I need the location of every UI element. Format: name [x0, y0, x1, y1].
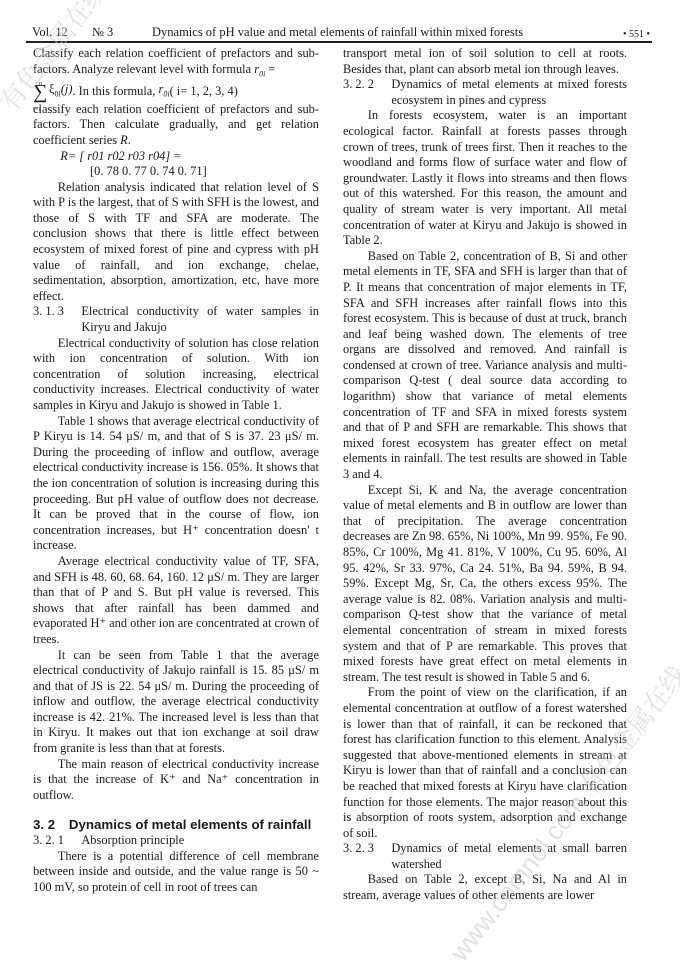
- page-number: • 551 •: [590, 29, 650, 40]
- header-rule: [26, 41, 652, 43]
- paragraph: Average electrical conductivity value of…: [33, 554, 319, 648]
- right-column: transport metal ion of soil solution to …: [343, 46, 627, 904]
- text: ( i= 1, 2, 3, 4): [170, 84, 238, 100]
- paragraph: Based on Table 2, concentration of B, Si…: [343, 249, 627, 483]
- text: classify each relation coefficient of pr…: [33, 102, 319, 147]
- paragraph: Based on Table 2, except B, Si, Na and A…: [343, 872, 627, 903]
- paragraph: In forests ecosystem, water is an import…: [343, 108, 627, 248]
- paragraph: Table 1 shows that average electrical co…: [33, 414, 319, 554]
- subsection-3-2-3-heading: 3. 2. 3Dynamics of metal elements at sma…: [343, 841, 627, 872]
- section-3-2-heading: 3. 2Dynamics of metal elements of rainfa…: [33, 817, 319, 833]
- text: =: [265, 62, 275, 76]
- paragraph: Relation analysis indicated that relatio…: [33, 180, 319, 305]
- formula-var: R: [120, 133, 128, 147]
- text: . In this formula,: [72, 84, 155, 100]
- issue-number: № 3: [92, 25, 152, 40]
- formula-var: r0i: [159, 82, 170, 102]
- text: Classify each relation coefficient of pr…: [33, 46, 319, 76]
- left-column: Classify each relation coefficient of pr…: [33, 46, 319, 895]
- formula-r-definition: R= [ r01 r02 r03 r04] =: [33, 149, 319, 165]
- sigma-symbol: ∑ni=1: [33, 83, 49, 101]
- formula-var: r0i: [254, 62, 265, 76]
- paragraph: transport metal ion of soil solution to …: [343, 46, 627, 77]
- paragraph: It can be seen from Table 1 that the ave…: [33, 648, 319, 757]
- formula-r-values: [0. 78 0. 77 0. 74 0. 71]: [33, 164, 319, 180]
- paragraph: Except Si, K and Na, the average concent…: [343, 483, 627, 686]
- subsection-3-2-2-heading: 3. 2. 2Dynamics of metal elements at mix…: [343, 77, 627, 108]
- formula-sum: ∑ni=1 ξ0i(j) . In this formula, r0i ( i=…: [33, 82, 319, 102]
- sum-term: ξ0i(j): [49, 82, 72, 102]
- paragraph: classify each relation coefficient of pr…: [33, 102, 319, 149]
- running-header: Vol. 12 № 3 Dynamics of pH value and met…: [32, 22, 650, 40]
- paragraph: The main reason of electrical conductivi…: [33, 757, 319, 804]
- subsection-3-1-3-heading: 3. 1. 3Electrical conductivity of water …: [33, 304, 319, 335]
- running-title: Dynamics of pH value and metal elements …: [152, 25, 590, 40]
- paragraph: From the point of view on the clarificat…: [343, 685, 627, 841]
- volume-label: Vol. 12: [32, 25, 92, 40]
- paragraph: Classify each relation coefficient of pr…: [33, 46, 319, 82]
- paragraph: Electrical conductivity of solution has …: [33, 336, 319, 414]
- subsection-3-2-1-heading: 3. 2. 1Absorption principle: [33, 833, 319, 849]
- paragraph: There is a potential difference of cell …: [33, 849, 319, 896]
